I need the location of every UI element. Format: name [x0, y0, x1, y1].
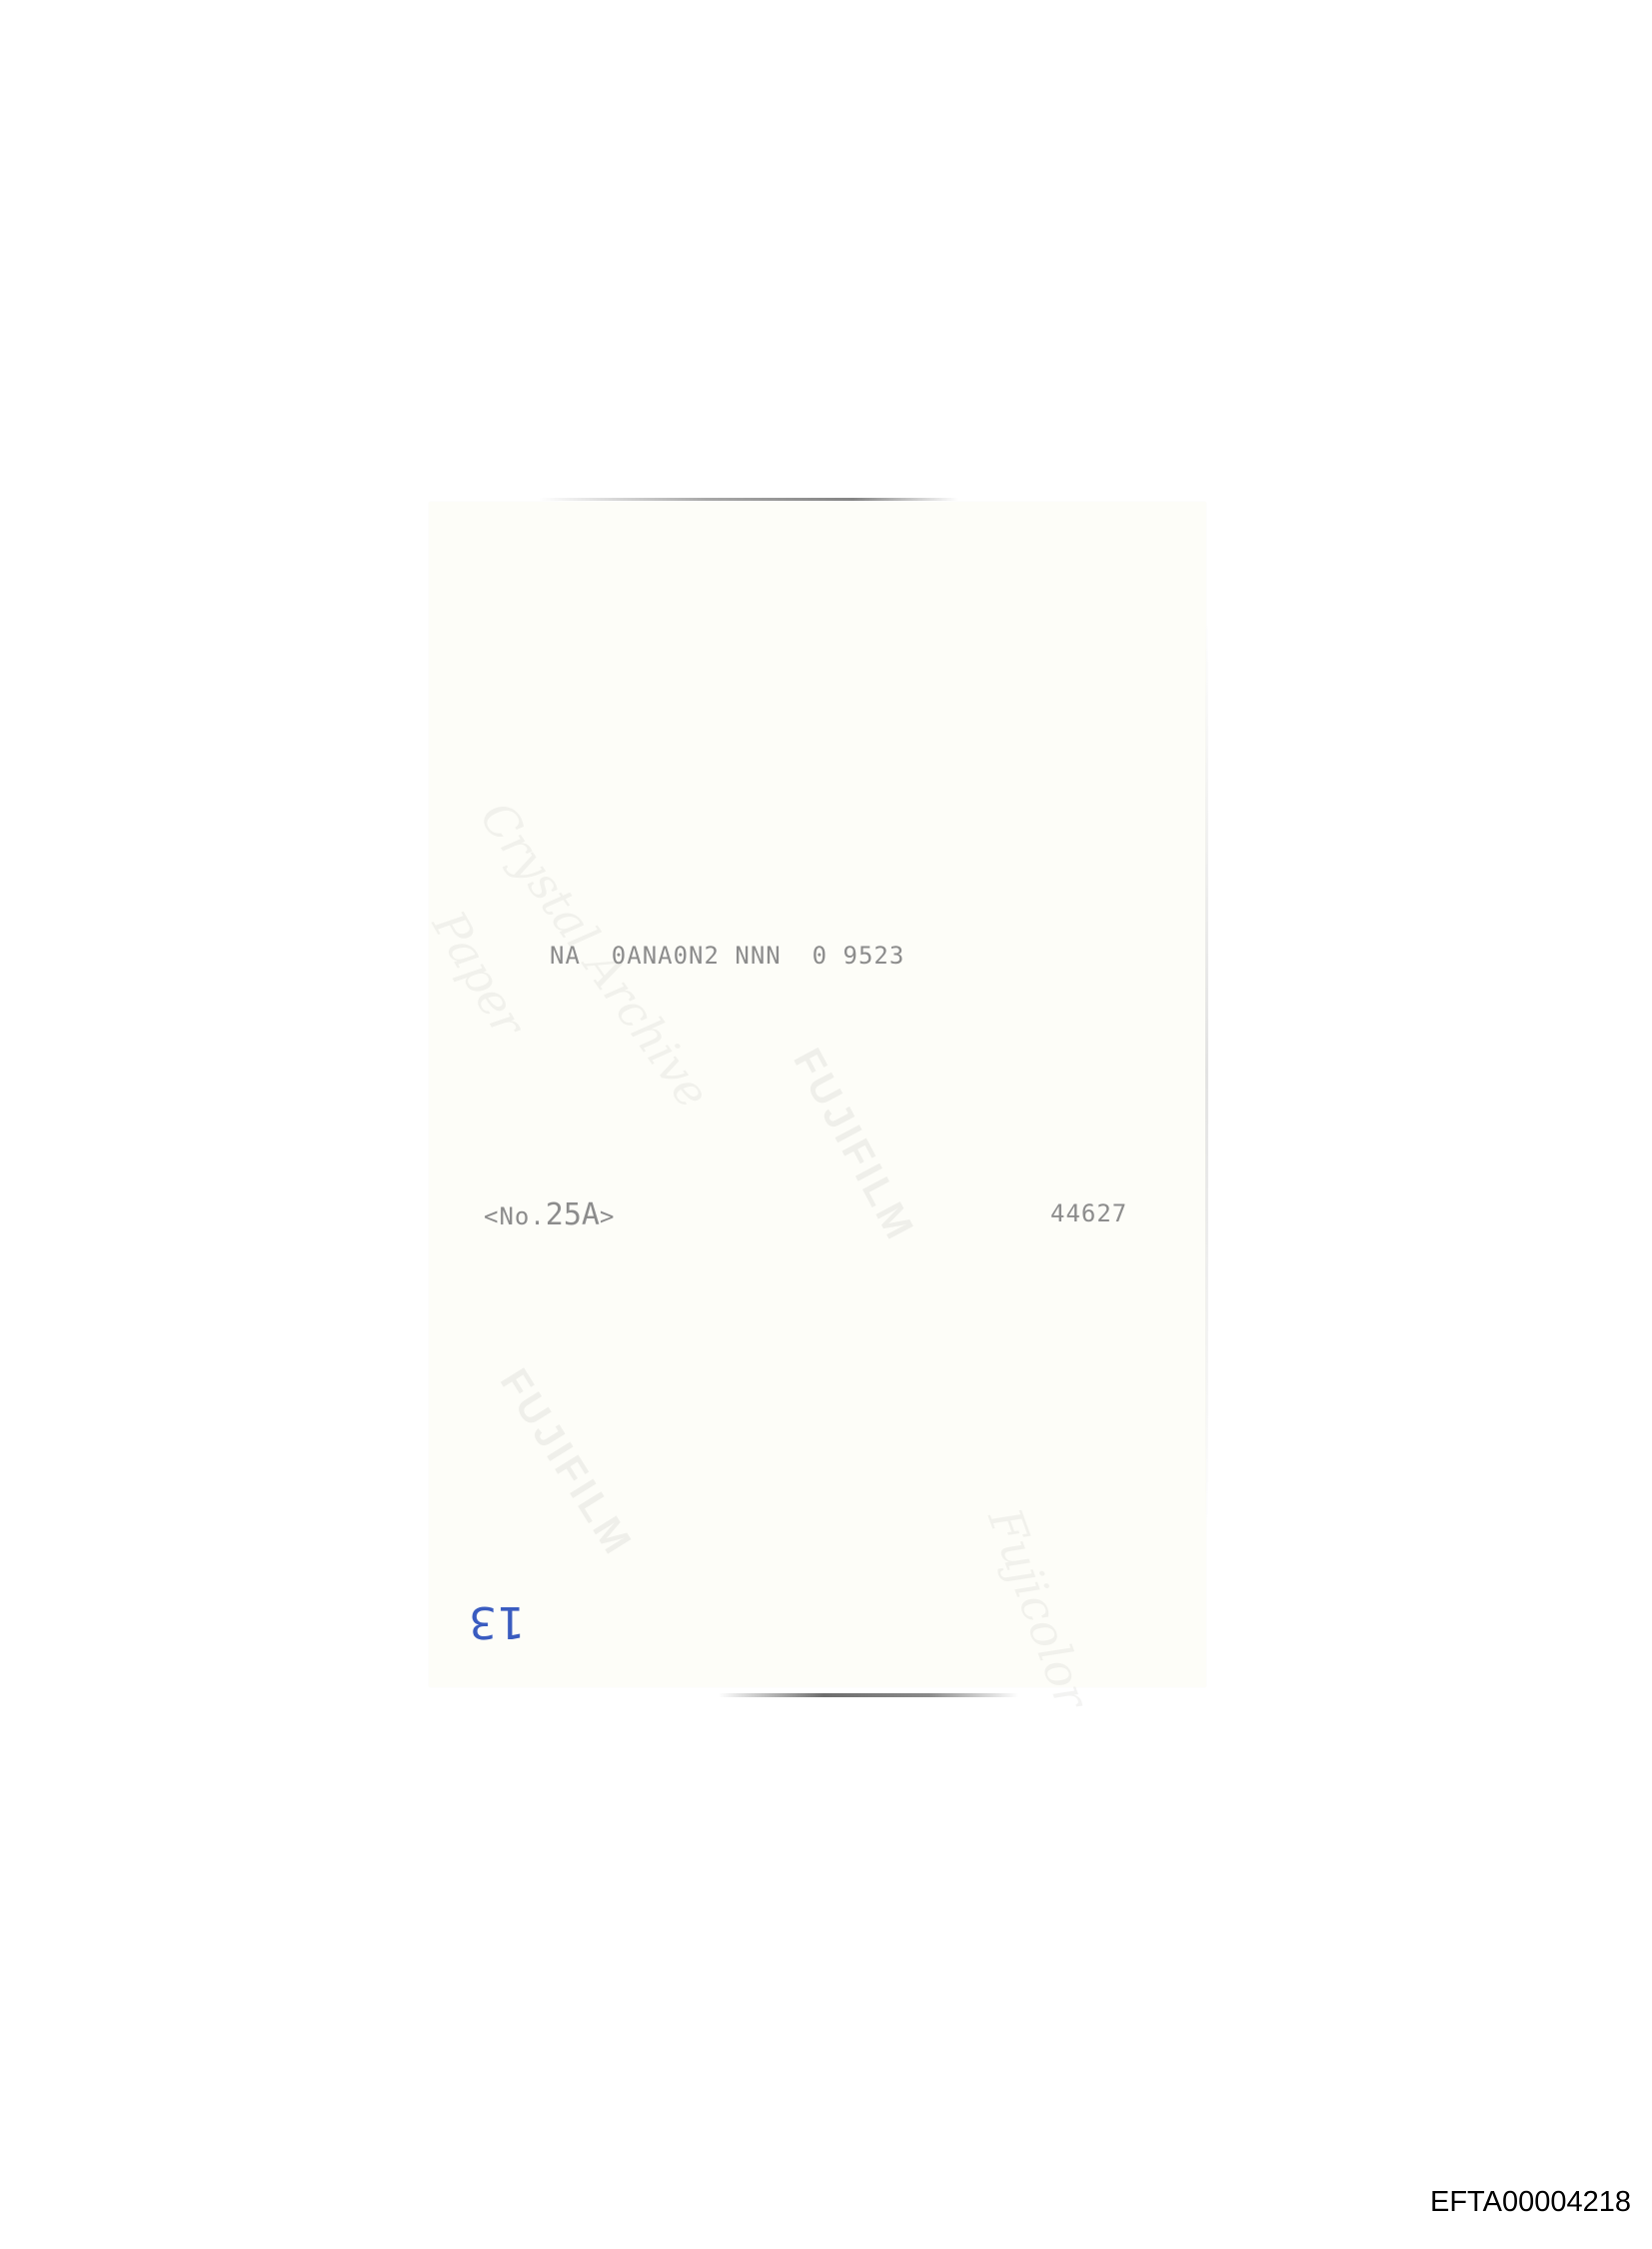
frame-number: <No.25A> — [484, 1197, 615, 1232]
fujifilm-watermark: FUJIFILM — [491, 1361, 641, 1565]
printed-code-line: NA 0ANA0N2 NNN 0 9523 — [550, 942, 904, 970]
handwritten-note: 13 — [469, 1596, 525, 1647]
frame-number-prefix: <No. — [484, 1202, 546, 1230]
frame-number-value: 25A — [546, 1197, 600, 1232]
photo-print-back: FUJIFILM FUJIFILM Crystal Archive Paper … — [429, 502, 1206, 1687]
bates-number: EFTA00004218 — [1430, 2186, 1631, 2219]
fujifilm-watermark: FUJIFILM — [784, 1042, 922, 1249]
fujicolor-watermark: Fujicolor — [977, 1501, 1099, 1715]
paper-watermark: Paper — [422, 902, 536, 1046]
scan-edge-right — [1205, 622, 1208, 1521]
print-number: 44627 — [1050, 1199, 1127, 1227]
scan-edge-top — [539, 498, 958, 501]
frame-number-suffix: > — [600, 1202, 615, 1230]
scan-edge-bottom — [719, 1693, 1018, 1697]
